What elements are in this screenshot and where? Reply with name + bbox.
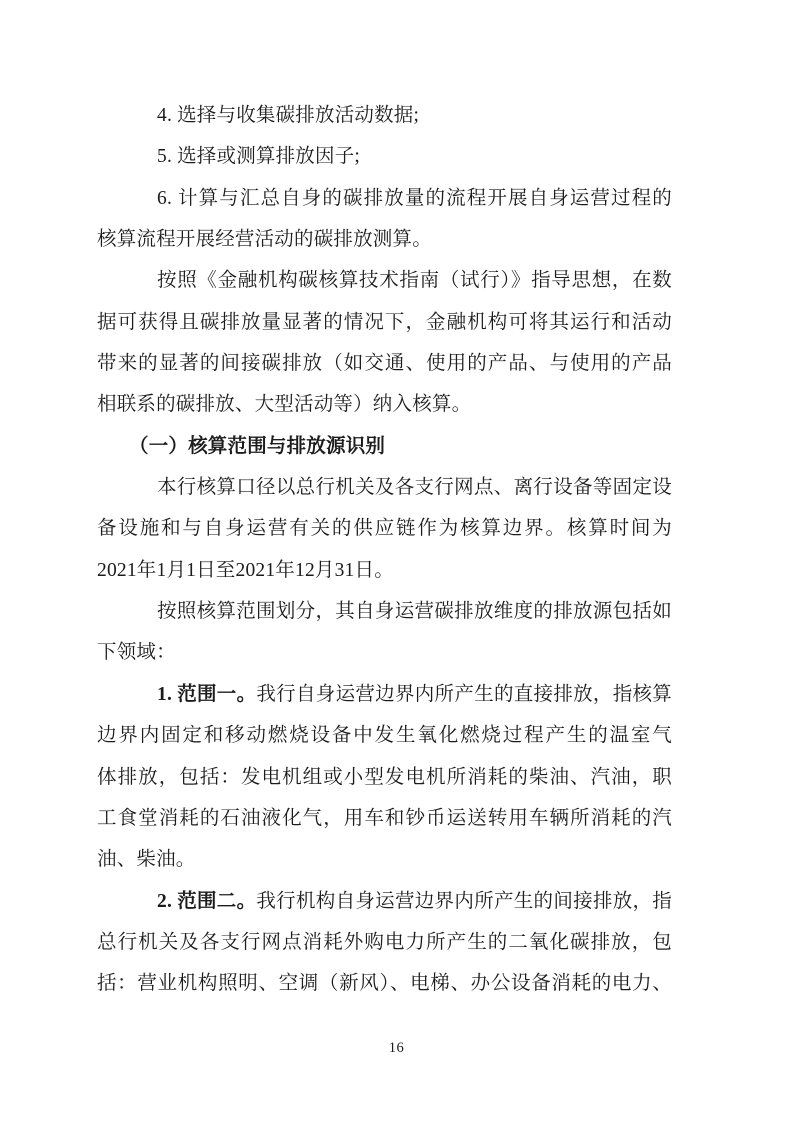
paragraph-boundary-line-2: 备设施和与自身运营有关的供应链作为核算边界。核算时间为 [97,508,672,549]
document-text-block: 4. 选择与收集碳排放活动数据; 5. 选择或测算排放因子; 6. 计算与汇总自… [97,95,672,1005]
paragraph-guideline-line-3: 带来的显著的间接碳排放（如交通、使用的产品、与使用的产品 [97,343,672,384]
paragraph-guideline-line-1: 按照《金融机构碳核算技术指南（试行）》指导思想，在数 [97,260,672,301]
scope-1-line-1: 1. 范围一。我行自身运营边界内所产生的直接排放，指核算 [97,674,672,715]
paragraph-boundary-line-1: 本行核算口径以总行机关及各支行网点、离行设备等固定设 [97,467,672,508]
scope-1-line-4: 工食堂消耗的石油液化气，用车和钞币运送转用车辆所消耗的汽 [97,798,672,839]
scope-2-label: 2. 范围二。 [157,891,256,912]
paragraph-boundary-line-3: 2021年1月1日至2021年12月31日。 [97,550,672,591]
scope-1-line-5: 油、柴油。 [97,839,672,880]
paragraph-sources-line-1: 按照核算范围划分，其自身运营碳排放维度的排放源包括如 [97,591,672,632]
list-item-4: 4. 选择与收集碳排放活动数据; [97,95,672,136]
list-item-5: 5. 选择或测算排放因子; [97,136,672,177]
page-number: 16 [0,1038,793,1058]
scope-1-text: 我行自身运营边界内所产生的直接排放，指核算 [256,684,672,705]
scope-2-text: 我行机构自身运营边界内所产生的间接排放，指 [256,891,672,912]
section-heading: （一）核算范围与排放源识别 [97,426,672,467]
paragraph-sources-line-2: 下领域： [97,632,672,673]
scope-1-line-2: 边界内固定和移动燃烧设备中发生氧化燃烧过程产生的温室气 [97,715,672,756]
scope-1-line-3: 体排放，包括：发电机组或小型发电机所消耗的柴油、汽油，职 [97,757,672,798]
list-item-6-line-1: 6. 计算与汇总自身的碳排放量的流程开展自身运营过程的 [97,178,672,219]
scope-1-label: 1. 范围一。 [157,684,256,705]
list-item-6-line-2: 核算流程开展经营活动的碳排放测算。 [97,219,672,260]
scope-2-line-1: 2. 范围二。我行机构自身运营边界内所产生的间接排放，指 [97,881,672,922]
document-page: 4. 选择与收集碳排放活动数据; 5. 选择或测算排放因子; 6. 计算与汇总自… [0,0,793,1122]
scope-2-line-3: 括：营业机构照明、空调（新风）、电梯、办公设备消耗的电力、 [97,963,672,1004]
paragraph-guideline-line-2: 据可获得且碳排放量显著的情况下，金融机构可将其运行和活动 [97,302,672,343]
paragraph-guideline-line-4: 相联系的碳排放、大型活动等）纳入核算。 [97,384,672,425]
scope-2-line-2: 总行机关及各支行网点消耗外购电力所产生的二氧化碳排放，包 [97,922,672,963]
